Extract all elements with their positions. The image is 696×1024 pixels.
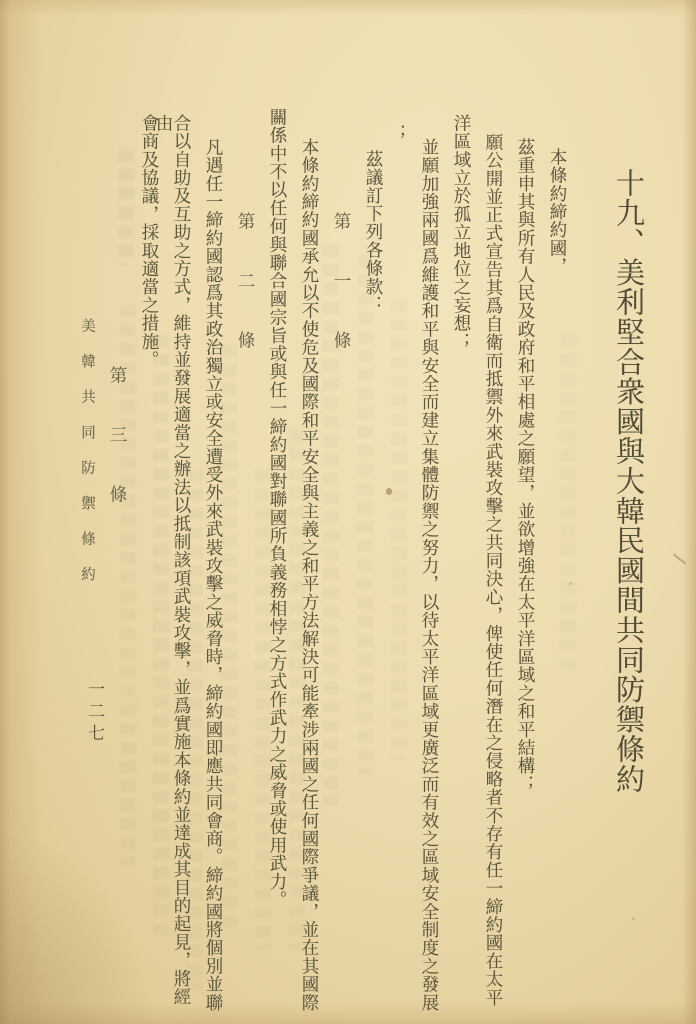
article-2-line-2: 合以自助及互助之方式，維持並發展適當之辦法以抵制該項武裝攻擊，並爲實施本條約並達… <box>158 108 190 1020</box>
preamble-line-2: 願公開並正式宣告其爲自衛而抵禦外來武裝攻擊之共同決心，俾使任何潛在之侵略者不存有… <box>470 108 502 1020</box>
preamble-parties: 本條約締約國， <box>534 108 566 1020</box>
section-title: 十九、美利堅合衆國與大韓民國間共同防禦條約 <box>566 108 642 1020</box>
preamble-closing: 茲議訂下列各條款： <box>350 108 382 1020</box>
treaty-text: 十九、美利堅合衆國與大韓民國間共同防禦條約 本條約締約國， 茲重申其與所有人民及… <box>56 108 642 1020</box>
paper-scratch <box>673 554 686 565</box>
preamble-line-2-cont: 洋區域立於孤立地位之妄想； <box>438 108 470 1020</box>
article-2-line-3: 會商及協議，採取適當之措施。 <box>126 108 158 1020</box>
running-title: 美韓共同防禦條約 <box>56 108 94 1020</box>
scanned-treaty-page: 十九、美利堅合衆國與大韓民國間共同防禦條約 本條約締約國， 茲重申其與所有人民及… <box>0 0 696 1024</box>
article-3-heading: 第三條 <box>94 108 126 1020</box>
article-1-line-2: 關係中不以任何與聯合國宗旨或與任一締約國對聯國所負義務相悖之方式作武力之威脅或使… <box>254 108 286 1020</box>
article-2-heading: 第二條 <box>222 108 254 1020</box>
article-2-line-1: 凡遇任一締約國認爲其政治獨立或安全遭受外來武裝攻擊之威脅時，締約國即應共同會商。… <box>190 108 222 1020</box>
page-number: 一二七 <box>82 680 107 746</box>
preamble-line-3: 並願加強兩國爲維護和平與安全而建立集體防禦之努力，以待太平洋區域更廣泛而有效之區… <box>406 108 438 1020</box>
preamble-line-1: 茲重申其與所有人民及政府和平相處之願望，並欲增強在太平洋區域之和平結構； <box>502 108 534 1020</box>
preamble-line-3-end: ； <box>382 108 406 1020</box>
article-1-line-1: 本條約締約國承允以不使危及國際和平安全與主義之和平方法解決可能牽涉兩國之任何國際… <box>286 108 318 1020</box>
article-1-heading: 第一條 <box>318 108 350 1020</box>
